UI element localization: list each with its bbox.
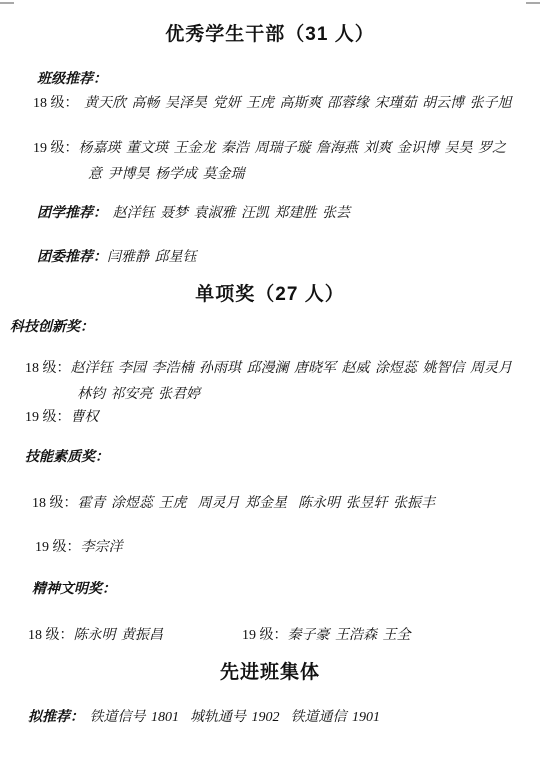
tech-grade18-label: 18 级： [25, 361, 71, 376]
skill-grade19-label: 19 级： [35, 540, 81, 555]
label-committee-recommend: 团委推荐： [37, 250, 107, 265]
label-league-recommend: 团学推荐： [37, 206, 107, 221]
section-title-cadres: 优秀学生干部（31 人） [0, 22, 540, 48]
label-skill-quality-award: 技能素质奖： [25, 448, 540, 468]
tech-grade18-line2: 林钧 祁安亮 张君婷 [25, 382, 540, 408]
skill-grade19-names: 李宗洋 [81, 540, 123, 555]
spirit-grade18-label: 18 级： [28, 628, 74, 643]
page-corner-mark-left [0, 2, 14, 4]
committee-recommend-row: 团委推荐：闫雅静 邱星钰 [37, 248, 540, 268]
committee-recommend-names: 闫雅静 邱星钰 [107, 250, 197, 265]
skill-grade18-row: 18 级：霍青 涂煜蕊 王虎 周灵月 郑金星 陈永明 张昱轩 张振丰 [32, 494, 540, 514]
spirit-grade19-names: 秦子豪 王浩森 王全 [288, 628, 411, 643]
label-tech-innovation-award: 科技创新奖： [10, 318, 540, 338]
skill-grade18-label: 18 级： [32, 496, 78, 511]
skill-grade19-row: 19 级：李宗洋 [35, 538, 540, 558]
label-class-recommend: 班级推荐： [37, 70, 540, 90]
spirit-grade19-group: 19 级：秦子豪 王浩森 王全 [242, 626, 411, 646]
cadres-grade19-names-line1: 杨嘉瑛 董文瑛 王金龙 秦浩 周瑞子璇 詹海燕 刘爽 金识博 吴昊 罗之 [79, 141, 507, 156]
document-page: 优秀学生干部（31 人） 班级推荐： 18 级： 黄天欣 高畅 吴泽昊 党妍 王… [0, 0, 540, 763]
spirit-grade19-label: 19 级： [242, 628, 288, 643]
grade19-label: 19 级： [33, 141, 79, 156]
proposed-recommend-names: 铁道信号 1801 城轨通号 1902 铁道通信 1901 [84, 710, 380, 725]
cadres-grade19-names-line2: 意 尹博昊 杨学成 莫金瑞 [88, 167, 245, 182]
tech-grade19-row: 19 级：曹权 [25, 408, 540, 428]
label-spirit-civilization-award: 精神文明奖： [32, 580, 540, 600]
page-corner-mark-right [526, 2, 540, 4]
grade18-label: 18 级： [33, 96, 79, 111]
spirit-awards-row: 18 级：陈永明 黄振昌19 级：秦子豪 王浩森 王全 [28, 626, 540, 646]
tech-grade18-names-line2: 林钧 祁安亮 张君婷 [77, 387, 200, 402]
cadres-grade18-names: 黄天欣 高畅 吴泽昊 党妍 王虎 高斯爽 邵蓉缘 宋瑾茹 胡云博 张子旭 [79, 96, 512, 111]
tech-grade19-label: 19 级： [25, 410, 71, 425]
tech-grade18-names-line1: 赵洋钰 李园 李浩楠 孙雨琪 邱漫澜 唐晓军 赵威 涂煜蕊 姚智信 周灵月 [71, 361, 513, 376]
tech-grade18-line1: 18 级：赵洋钰 李园 李浩楠 孙雨琪 邱漫澜 唐晓军 赵威 涂煜蕊 姚智信 周… [25, 356, 540, 382]
tech-grade18-block: 18 级：赵洋钰 李园 李浩楠 孙雨琪 邱漫澜 唐晓军 赵威 涂煜蕊 姚智信 周… [25, 356, 540, 408]
league-recommend-row: 团学推荐： 赵洋钰 聂梦 袁淑雅 汪凯 郑建胜 张芸 [37, 204, 540, 224]
cadres-grade19-line1: 19 级：杨嘉瑛 董文瑛 王金龙 秦浩 周瑞子璇 詹海燕 刘爽 金识博 吴昊 罗… [33, 136, 540, 162]
spirit-grade18-names: 陈永明 黄振昌 [74, 628, 164, 643]
cadres-grade18-row: 18 级： 黄天欣 高畅 吴泽昊 党妍 王虎 高斯爽 邵蓉缘 宋瑾茹 胡云博 张… [33, 94, 540, 114]
cadres-grade19-block: 19 级：杨嘉瑛 董文瑛 王金龙 秦浩 周瑞子璇 詹海燕 刘爽 金识博 吴昊 罗… [33, 136, 540, 188]
spirit-grade18-group: 18 级：陈永明 黄振昌 [28, 628, 163, 643]
league-recommend-names: 赵洋钰 聂梦 袁淑雅 汪凯 郑建胜 张芸 [107, 206, 350, 221]
cadres-grade19-line2: 意 尹博昊 杨学成 莫金瑞 [33, 162, 540, 188]
section-title-single-awards: 单项奖（27 人） [0, 282, 540, 308]
label-proposed-recommend: 拟推荐： [28, 710, 84, 725]
proposed-recommend-row: 拟推荐： 铁道信号 1801 城轨通号 1902 铁道通信 1901 [28, 708, 540, 728]
tech-grade19-names: 曹权 [71, 410, 99, 425]
section-title-advanced-class: 先进班集体 [0, 660, 540, 686]
skill-grade18-names: 霍青 涂煜蕊 王虎 周灵月 郑金星 陈永明 张昱轩 张振丰 [78, 496, 436, 511]
